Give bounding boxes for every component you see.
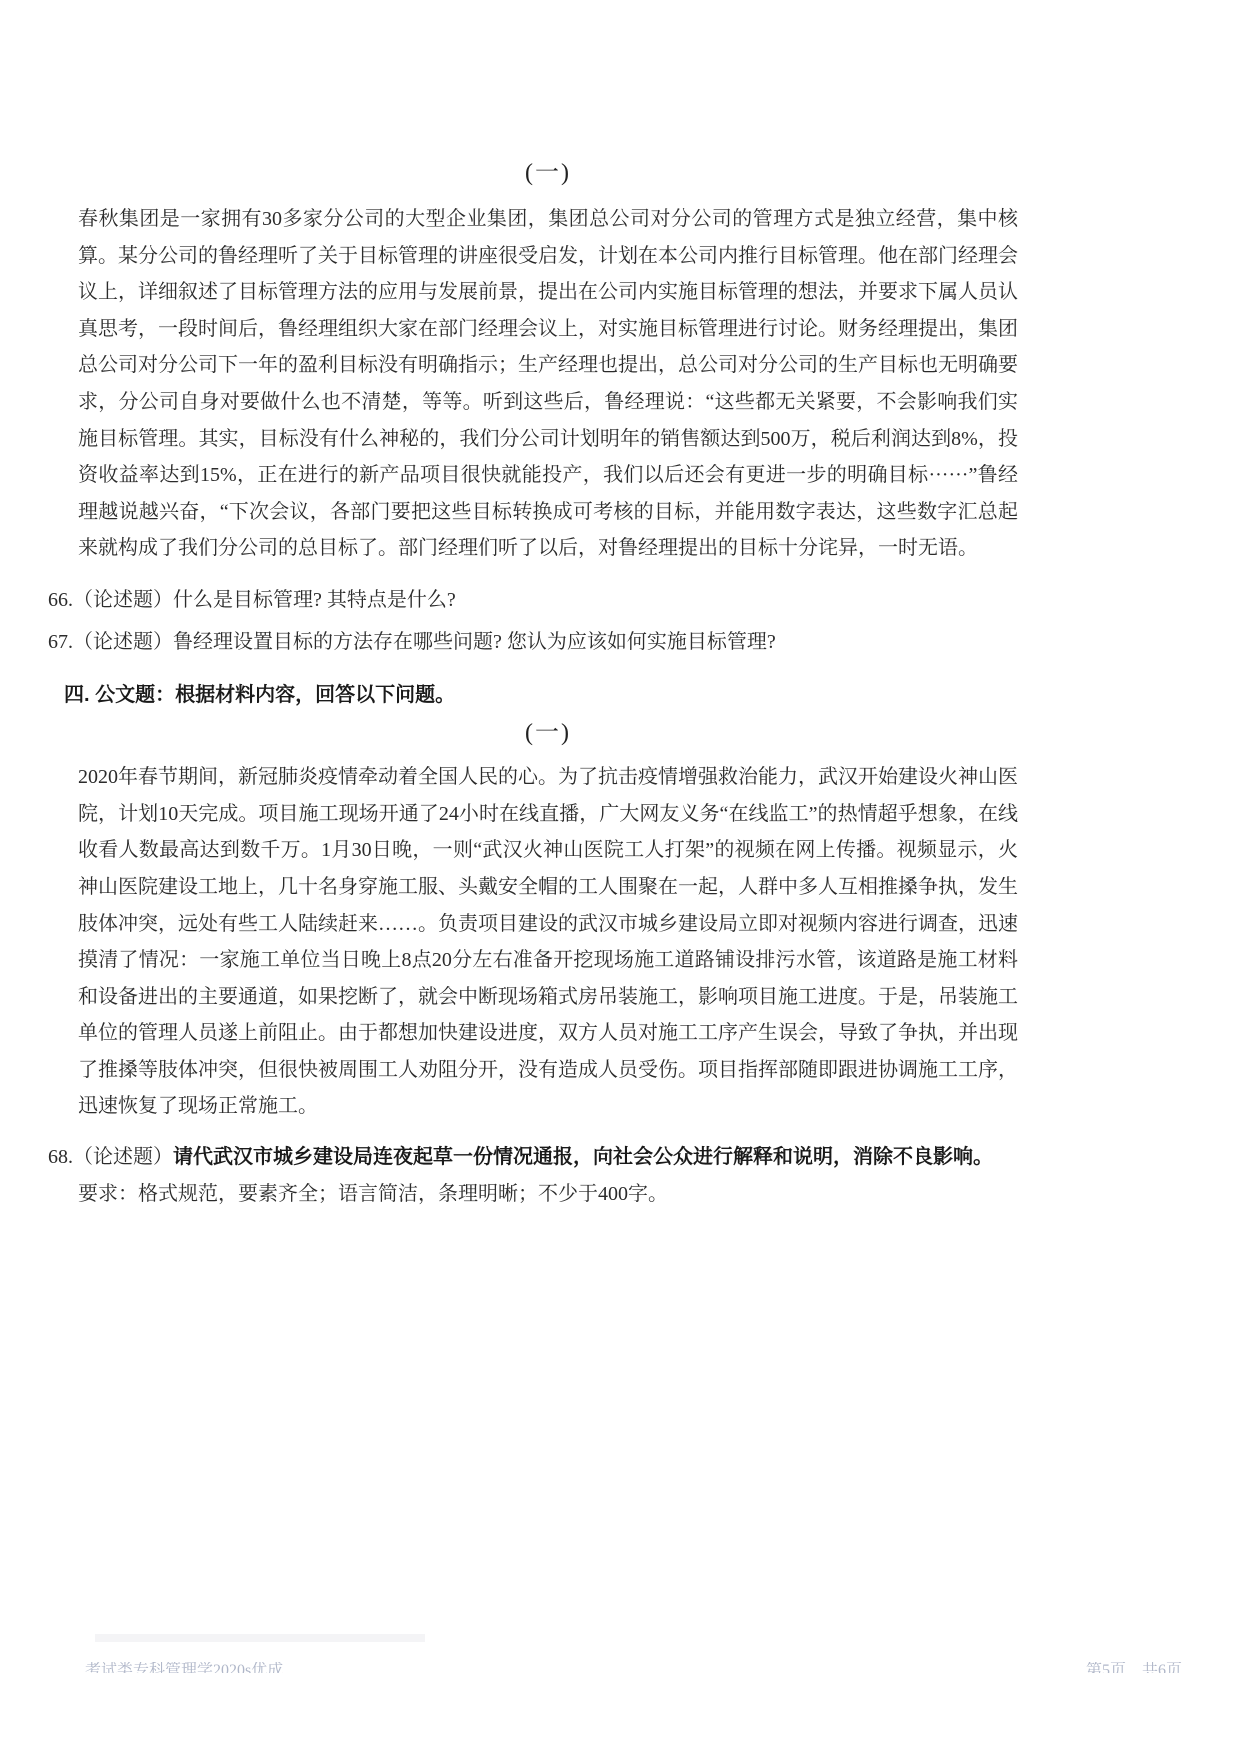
section4-heading: 四. 公文题：根据材料内容，回答以下问题。	[64, 680, 1018, 710]
question-68: 68.（论述题）请代武汉市城乡建设局连夜起草一份情况通报，向社会公众进行解释和说…	[48, 1139, 1018, 1176]
page-footer: 考试类专科管理学2020s优成 第5页，共6页	[0, 1662, 1240, 1673]
question-66-number: 66.	[48, 589, 73, 611]
case2-marker: (一)	[78, 718, 1018, 748]
question-67-text: 鲁经理设置目标的方法存在哪些问题? 您认为应该如何实施目标管理?	[173, 631, 776, 653]
question-67: 67.（论述题）鲁经理设置目标的方法存在哪些问题? 您认为应该如何实施目标管理?	[48, 624, 1018, 661]
question-66: 66.（论述题）什么是目标管理? 其特点是什么?	[48, 582, 1018, 619]
footer-page-number: 第5页，共6页	[1086, 1662, 1182, 1673]
scan-artifact	[95, 1634, 425, 1642]
question-67-tag: （论述题）	[73, 631, 173, 653]
question-68-tag: （论述题）	[73, 1146, 173, 1168]
question-66-tag: （论述题）	[73, 589, 173, 611]
case2-paragraph: 2020年春节期间，新冠肺炎疫情牵动着全国人民的心。为了抗击疫情增强救治能力，武…	[78, 759, 1018, 1125]
footer-doc-label: 考试类专科管理学2020s优成	[85, 1662, 283, 1673]
case1-marker: (一)	[78, 158, 1018, 188]
question-68-task: 请代武汉市城乡建设局连夜起草一份情况通报，向社会公众进行解释和说明，消除不良影响…	[173, 1146, 993, 1168]
question-list: 66.（论述题）什么是目标管理? 其特点是什么? 67.（论述题）鲁经理设置目标…	[48, 582, 1018, 660]
question-66-text: 什么是目标管理? 其特点是什么?	[173, 589, 456, 611]
question-67-number: 67.	[48, 631, 73, 653]
exam-page: (一) 春秋集团是一家拥有30多家分公司的大型企业集团，集团总公司对分公司的管理…	[0, 0, 1240, 1754]
case1-paragraph: 春秋集团是一家拥有30多家分公司的大型企业集团，集团总公司对分公司的管理方式是独…	[78, 201, 1018, 567]
question-68-requirements: 要求：格式规范，要素齐全；语言简洁，条理明晰；不少于400字。	[78, 1176, 1018, 1213]
question-68-number: 68.	[48, 1146, 73, 1168]
